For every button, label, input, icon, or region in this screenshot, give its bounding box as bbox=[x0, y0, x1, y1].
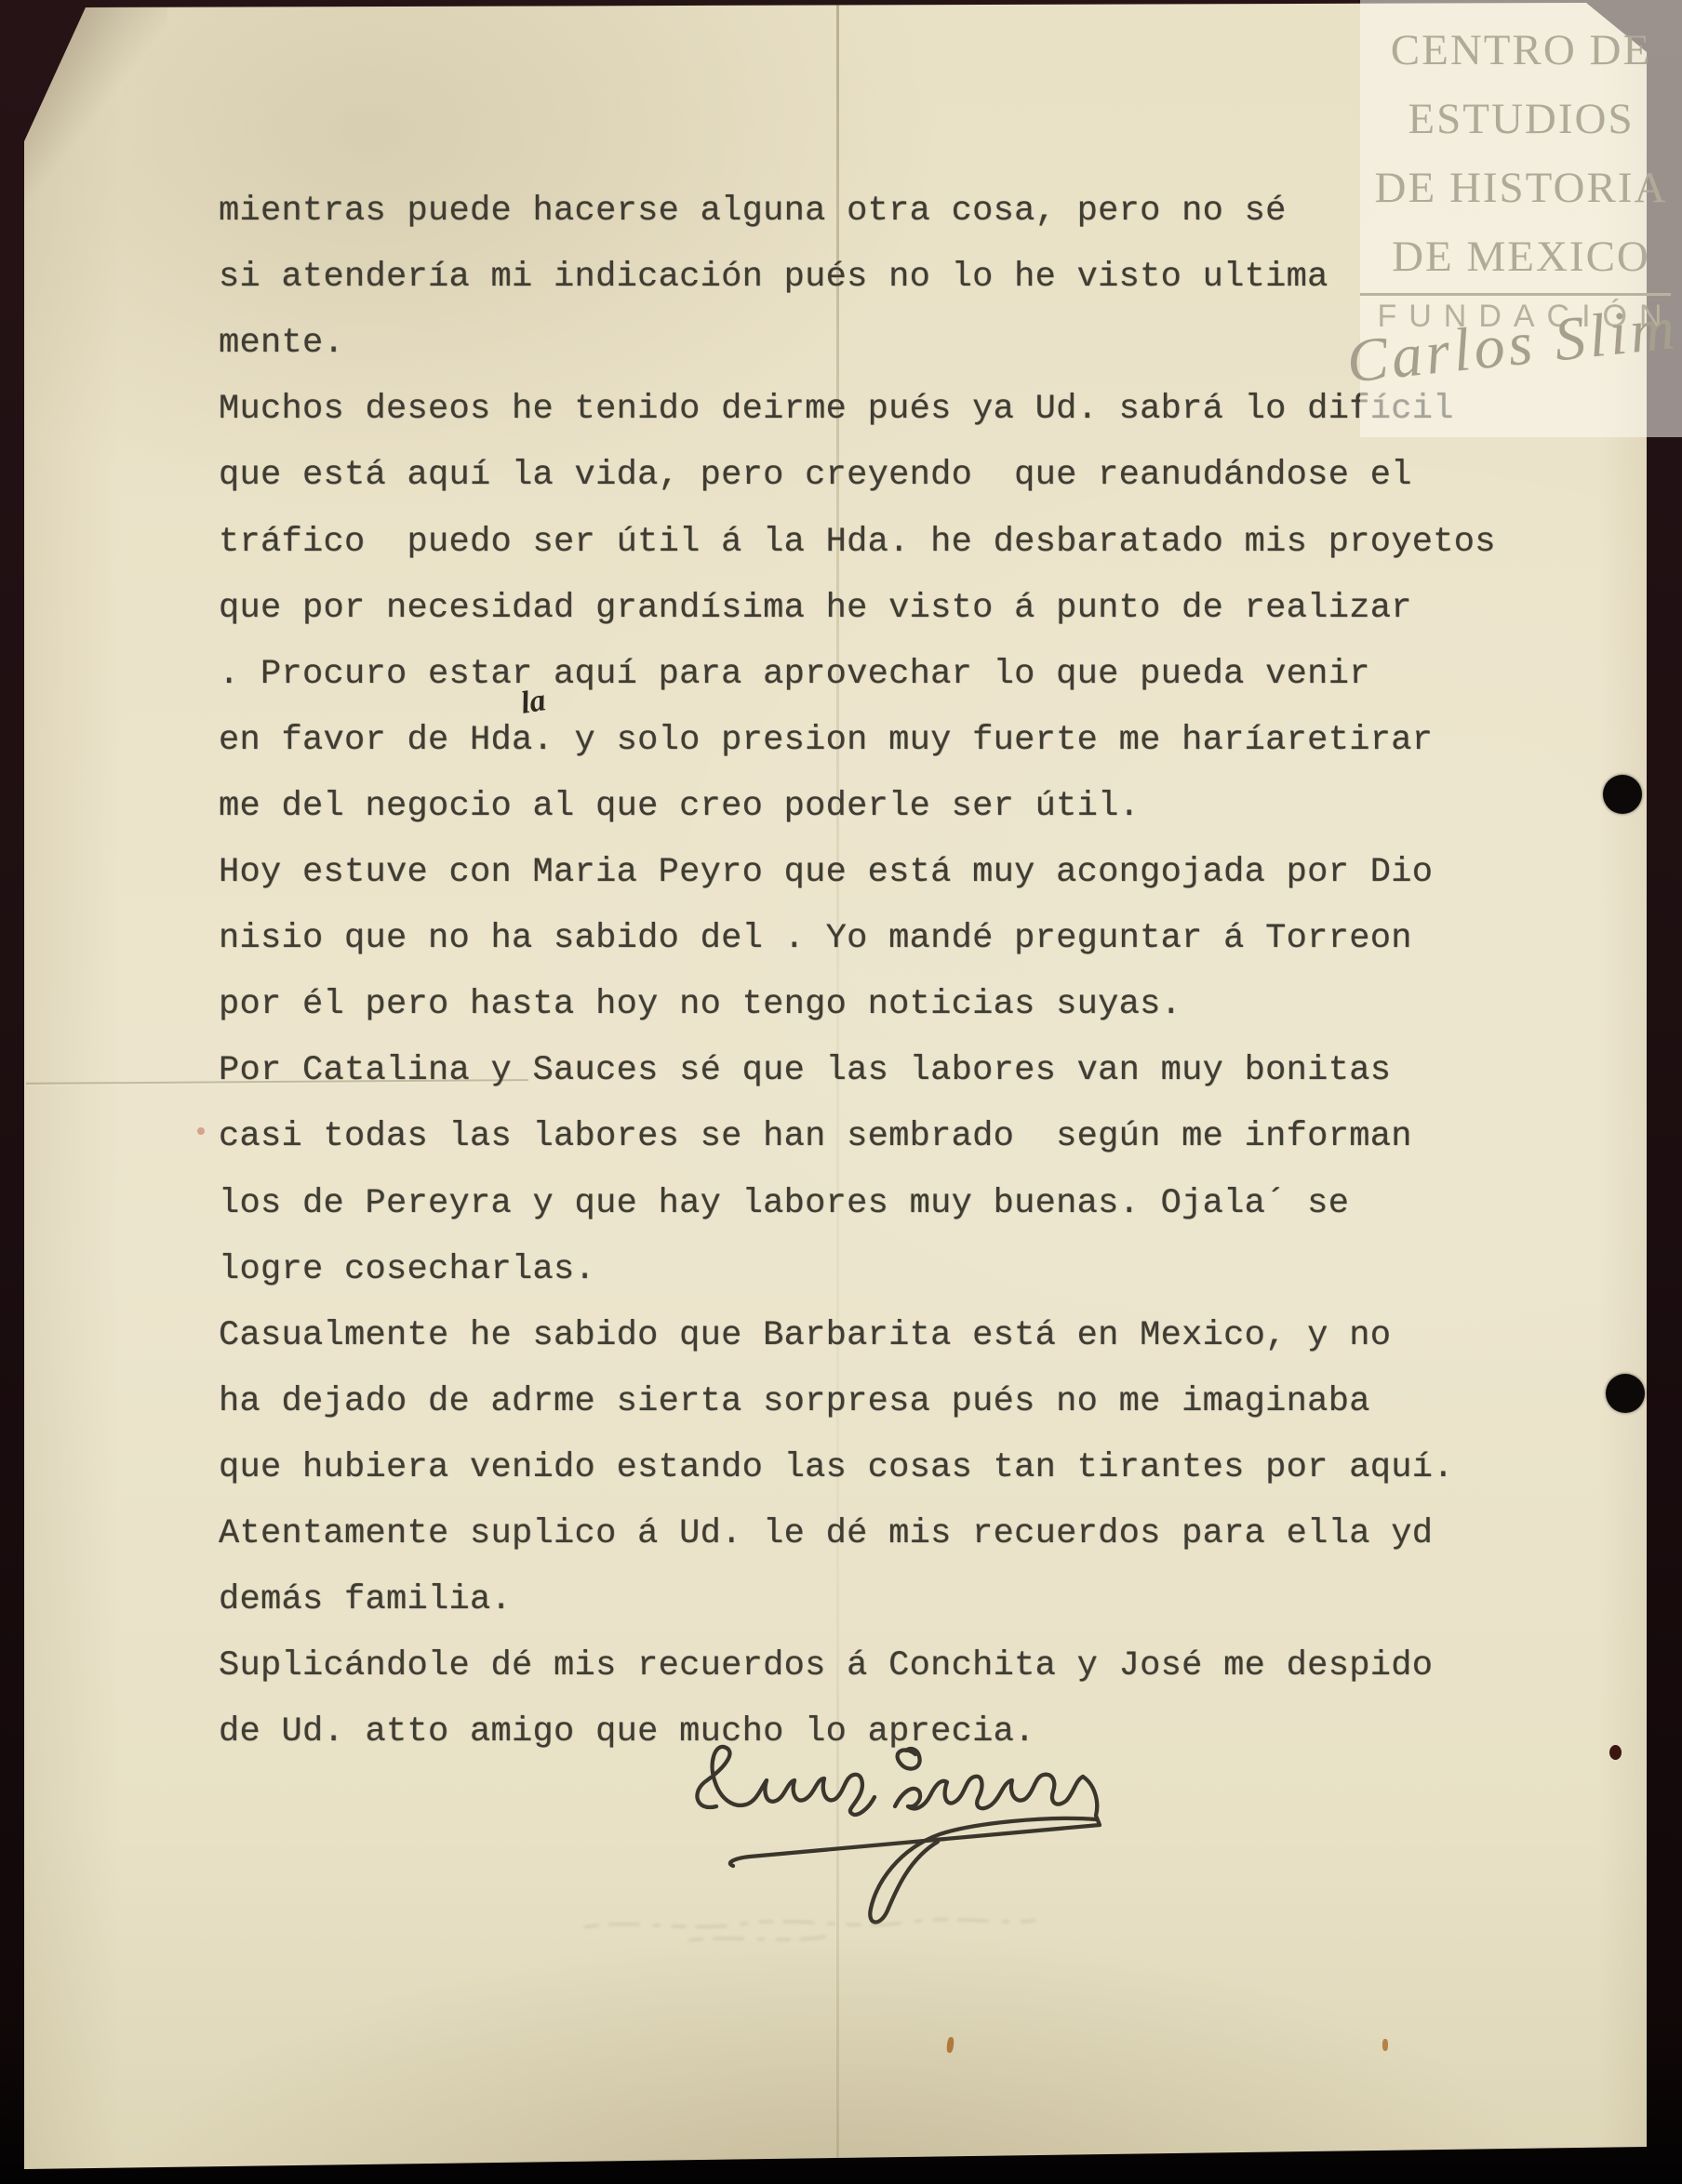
typed-line: por él pero hasta hoy no tengo noticias … bbox=[219, 985, 1181, 1024]
watermark-divider-rule bbox=[1360, 293, 1671, 296]
ink-bleed-through bbox=[577, 1899, 1042, 1955]
typed-line: logre cosecharlas. bbox=[219, 1250, 595, 1289]
red-speck bbox=[197, 1127, 205, 1135]
typed-line: . Procuro estar aquí para aprovechar lo … bbox=[219, 655, 1370, 694]
typed-line: mientras puede hacerse alguna otra cosa,… bbox=[219, 192, 1287, 231]
top-left-fold-shadow bbox=[9, 0, 167, 214]
ink-speck bbox=[1609, 1745, 1622, 1760]
typed-line: Muchos deseos he tenido deirme pués ya U… bbox=[219, 390, 1454, 429]
rust-speck bbox=[946, 2037, 954, 2054]
typed-line: tráfico puedo ser útil á la Hda. he desb… bbox=[219, 523, 1496, 562]
watermark-line: ESTUDIOS bbox=[1360, 94, 1682, 144]
typed-line: que por necesidad grandísima he visto á … bbox=[219, 589, 1412, 628]
scanned-letter-page: mientras puede hacerse alguna otra cosa,… bbox=[0, 0, 1682, 2184]
typed-line: ha dejado de adrme sierta sorpresa pués … bbox=[219, 1382, 1370, 1421]
typed-line: Casualmente he sabido que Barbarita está… bbox=[219, 1316, 1391, 1355]
typed-line: me del negocio al que creo poderle ser ú… bbox=[219, 787, 1140, 826]
typed-line: en favor de Hda. y solo presion muy fuer… bbox=[219, 721, 1433, 760]
typed-line: demás familia. bbox=[219, 1580, 512, 1619]
hole-punch-top bbox=[1603, 775, 1642, 814]
rust-speck bbox=[1382, 2039, 1388, 2051]
typed-line: Suplicándole dé mis recuerdos á Conchita… bbox=[219, 1646, 1433, 1685]
typed-line: que está aquí la vida, pero creyendo que… bbox=[219, 456, 1412, 495]
typed-line: nisio que no ha sabido del . Yo mandé pr… bbox=[219, 919, 1412, 958]
typed-line: mente. bbox=[219, 324, 344, 363]
handwritten-insertion: la bbox=[518, 683, 548, 722]
hole-punch-bottom bbox=[1606, 1374, 1645, 1413]
typed-line: Hoy estuve con Maria Peyro que está muy … bbox=[219, 853, 1433, 892]
watermark-line: CENTRO DE bbox=[1360, 25, 1682, 75]
typed-line: que hubiera venido estando las cosas tan… bbox=[219, 1448, 1454, 1487]
watermark-line: DE MEXICO bbox=[1360, 232, 1682, 282]
typed-line: los de Pereyra y que hay labores muy bue… bbox=[219, 1184, 1349, 1223]
typed-line: Atentamente suplico á Ud. le dé mis recu… bbox=[219, 1514, 1433, 1553]
typed-line: Por Catalina y Sauces sé que las labores… bbox=[219, 1051, 1391, 1090]
typed-line: casi todas las labores se han sembrado s… bbox=[219, 1117, 1412, 1156]
watermark-line: DE HISTORIA bbox=[1360, 163, 1682, 213]
typed-line: si atendería mi indicación pués no lo he… bbox=[219, 258, 1328, 297]
archive-watermark-overlay: CENTRO DEESTUDIOSDE HISTORIADE MEXICO FU… bbox=[1360, 0, 1682, 437]
